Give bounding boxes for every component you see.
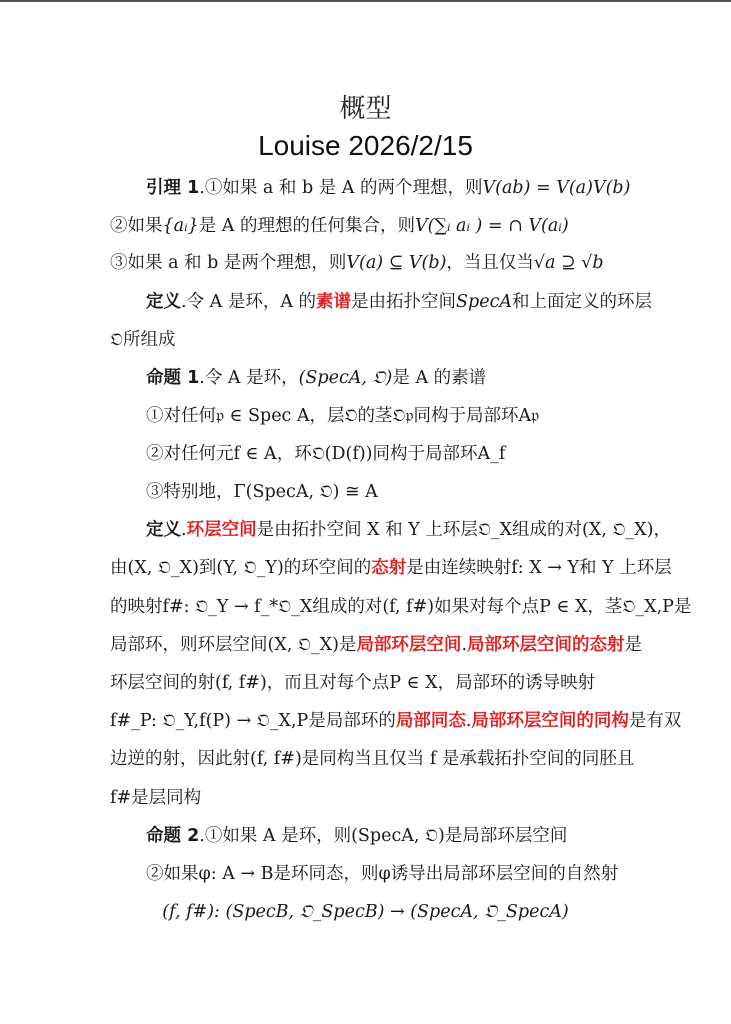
- prop1-label: 命题 1: [146, 368, 199, 388]
- document-title: 概型: [0, 88, 731, 125]
- term-locally-ringed-space: 局部环层空间: [356, 635, 461, 655]
- prop2-line3: (f, f#): (SpecB, 𝔒_SpecB) → (SpecA, 𝔒_Sp…: [0, 900, 731, 924]
- def1-line1: 定义.令 A 是环，A 的素谱是由拓扑空间SpecA和上面定义的环层: [146, 290, 666, 314]
- prop1-item3: ③特别地，Γ(SpecA, 𝔒) ≅ A: [146, 480, 666, 504]
- def1-label: 定义: [146, 292, 181, 312]
- def2-line1: 定义.环层空间是由拓扑空间 X 和 Y 上环层𝔒_X组成的对(X, 𝔒_X)，: [146, 518, 666, 542]
- def2-line4: 局部环，则环层空间(X, 𝔒_X)是局部环层空间.局部环层空间的态射是: [110, 633, 630, 657]
- prop1-item1: ①对任何𝔭 ∈ Spec A，层𝔒的茎𝔒𝔭同构于局部环A𝔭: [146, 404, 666, 428]
- prop2-line2: ②如果φ: A → B是环同态，则φ诱导出局部环层空间的自然射: [146, 862, 666, 886]
- lemma1-line3: ③如果 a 和 b 是两个理想，则V(a) ⊆ V(b)，当且仅当√a ⊇ √b: [110, 251, 630, 275]
- def2-line2: 由(X, 𝔒_X)到(Y, 𝔒_Y)的环空间的态射是由连续映射f: X → Y和…: [110, 556, 630, 580]
- term-lrs-isomorphism: 局部环层空间的同构: [471, 711, 629, 731]
- def2-line7: 边逆的射，因此射(f, f#)是同构当且仅当 f 是承载拓扑空间的同胚且: [110, 747, 630, 771]
- term-prime-spectrum: 素谱: [316, 292, 351, 312]
- prop1-line1: 命题 1.令 A 是环，(SpecA, 𝔒)是 A 的素谱: [146, 366, 666, 390]
- prop2-label: 命题 2: [146, 826, 199, 846]
- page-top-border: [0, 0, 731, 2]
- term-local-homomorphism: 局部同态: [396, 711, 466, 731]
- def2-line3: 的映射f#: 𝔒_Y → f_*𝔒_X组成的对(f, f#)如果对每个点P ∈ …: [110, 595, 630, 619]
- def2-line6: f#_P: 𝔒_Y,f(P) → 𝔒_X,P是局部环的局部同态.局部环层空间的同…: [110, 709, 630, 733]
- def2-line5: 环层空间的射(f, f#)，而且对每个点P ∈ X，局部环的诱导映射: [110, 671, 630, 695]
- term-morphism: 态射: [371, 558, 406, 578]
- lemma1-line2: ②如果{aᵢ}是 A 的理想的任何集合，则V(∑ᵢ aᵢ ) = ∩ V(aᵢ): [110, 214, 630, 238]
- document-author-date: Louise 2026/2/15: [0, 130, 731, 162]
- prop1-item2: ②对任何元f ∈ A，环𝔒(D(f))同构于局部环A_f: [146, 442, 666, 466]
- term-lrs-morphism: 局部环层空间的态射: [467, 635, 625, 655]
- def2-line8: f#是层同构: [110, 786, 630, 810]
- def1-line2: 𝔒所组成: [110, 328, 630, 352]
- prop2-line1: 命题 2.①如果 A 是环，则(SpecA, 𝔒)是局部环层空间: [146, 824, 666, 848]
- def2-label: 定义: [146, 520, 181, 540]
- lemma1-line1: 引理 1.①如果 a 和 b 是 A 的两个理想，则V(ab) = V(a)V(…: [146, 176, 666, 200]
- lemma1-label: 引理 1: [146, 178, 199, 198]
- term-ringed-space: 环层空间: [187, 520, 257, 540]
